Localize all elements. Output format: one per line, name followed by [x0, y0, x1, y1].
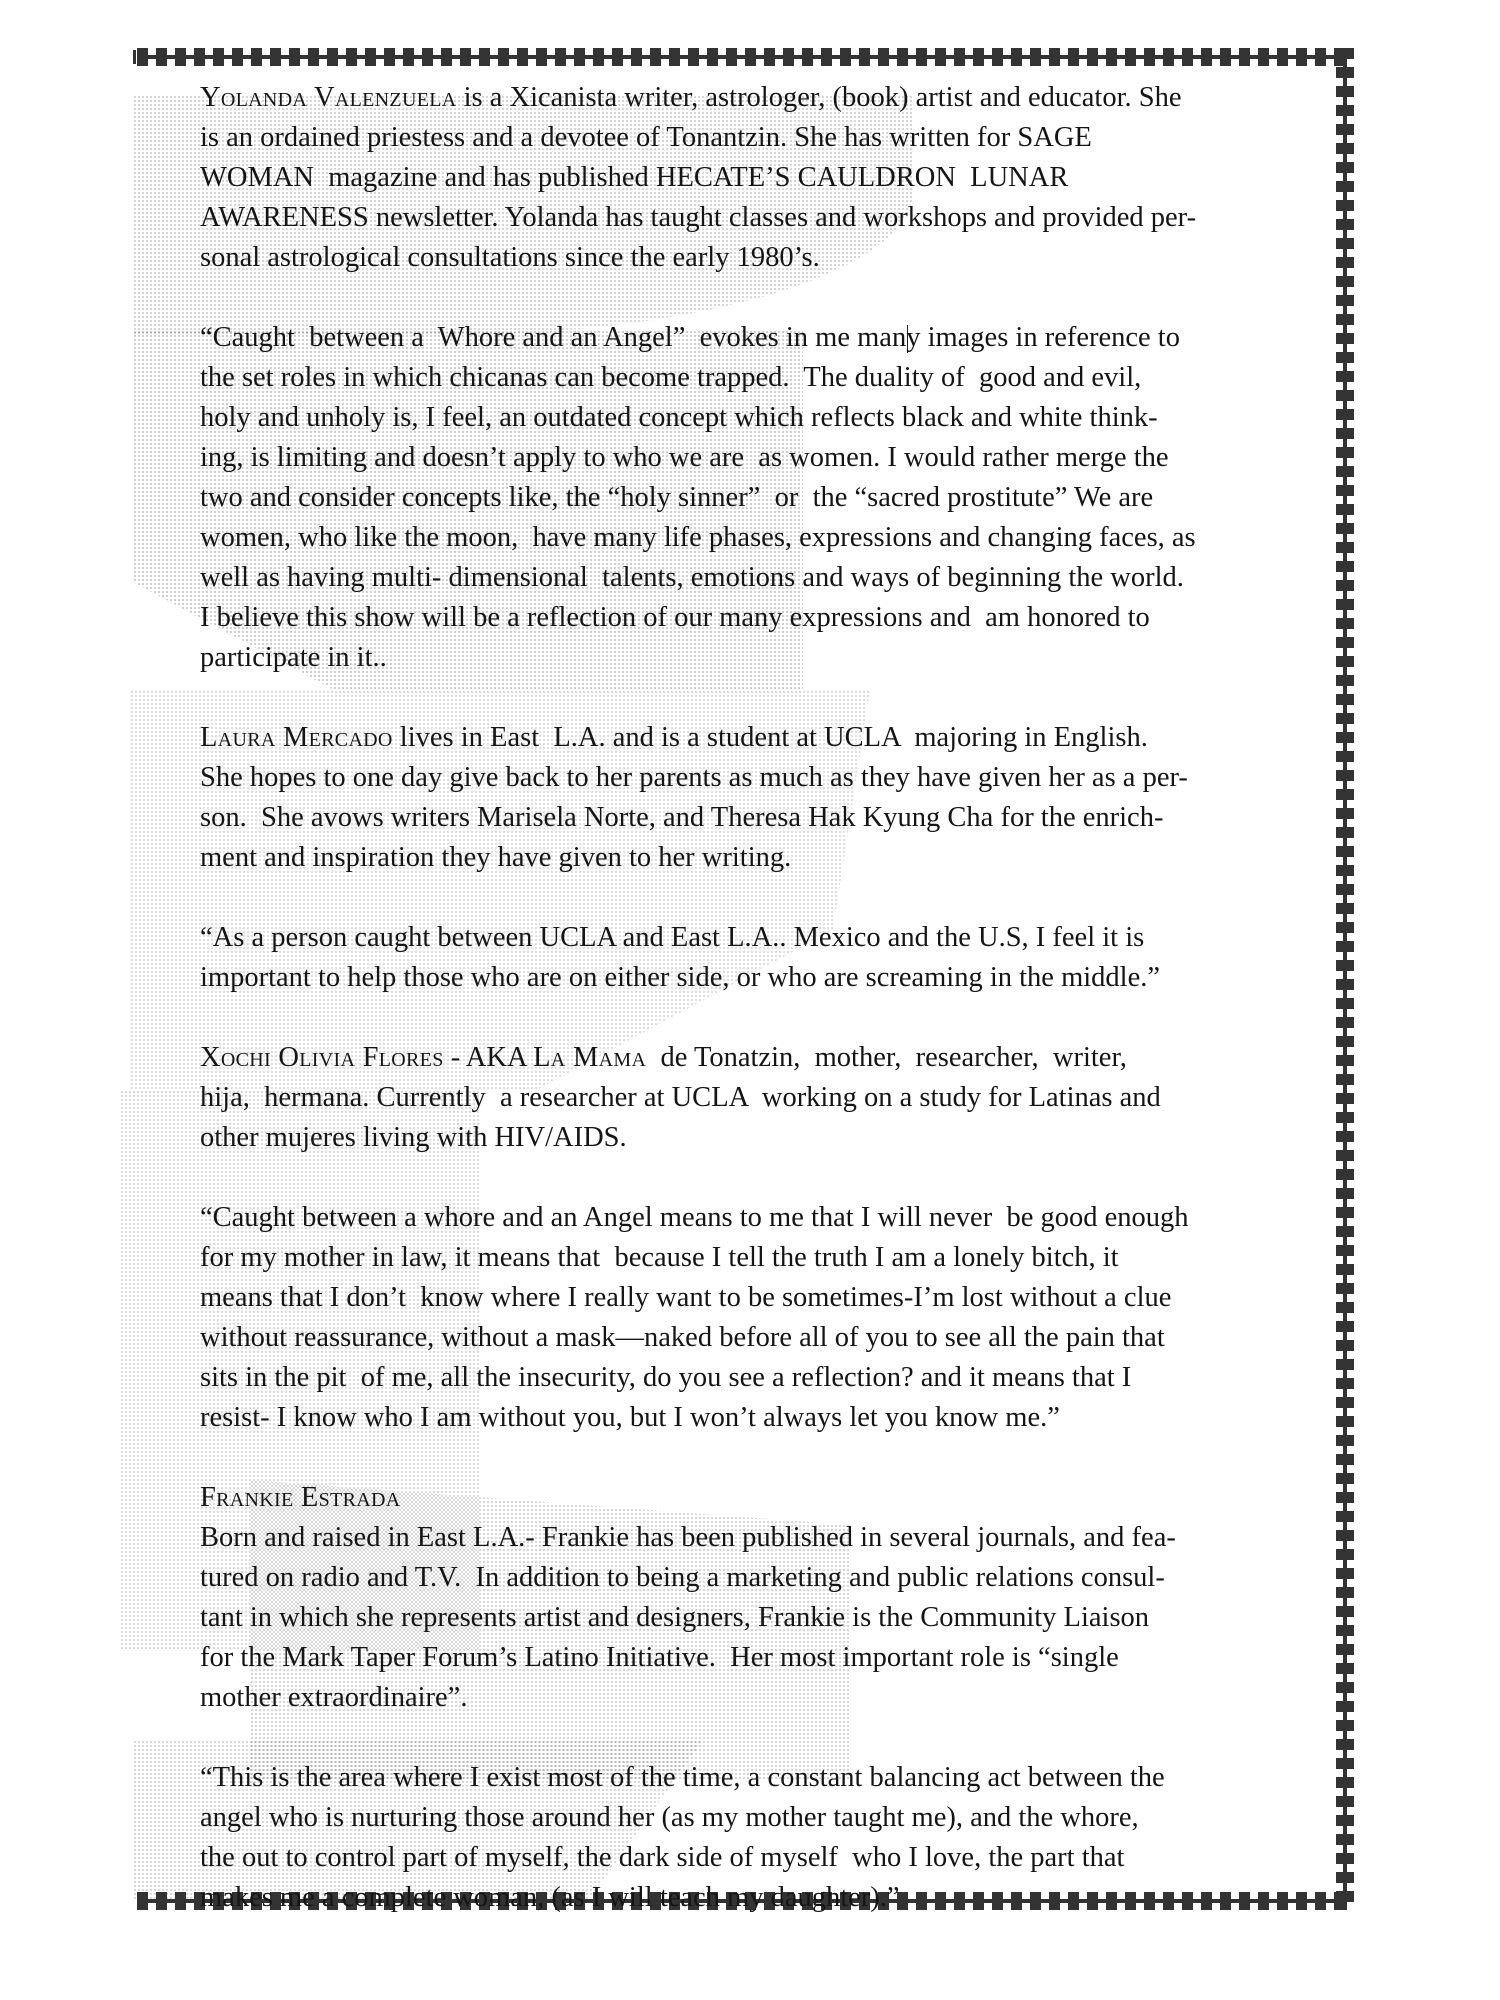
page-content: Yolanda Valenzuela is a Xicanista writer… [200, 78, 1320, 1958]
author-alias: La Mama [533, 1042, 646, 1073]
bio-yolanda-valenzuela: Yolanda Valenzuela is a Xicanista writer… [200, 78, 1320, 278]
quote-frankie-estrada: “This is the area where I exist most of … [200, 1758, 1320, 1918]
bio-laura-mercado: Laura Mercado lives in East L.A. and is … [200, 718, 1320, 878]
bio-xochi-olivia-flores: Xochi Olivia Flores - AKA La Mama de Ton… [200, 1038, 1320, 1158]
decorative-border-top [137, 48, 1345, 66]
bio-frankie-estrada: Frankie Estrada Born and raised in East … [200, 1478, 1320, 1718]
border-corner-mark [133, 50, 136, 64]
author-name: Laura Mercado [200, 722, 393, 753]
quote-xochi-olivia-flores: “Caught between a whore and an Angel mea… [200, 1198, 1320, 1438]
quote-yolanda-valenzuela: “Caught between a Whore and an Angel” ev… [200, 318, 1320, 678]
decorative-border-right [1336, 48, 1354, 1910]
author-name: Yolanda Valenzuela [200, 82, 456, 113]
author-name: Xochi Olivia Flores [200, 1042, 444, 1073]
quote-laura-mercado: “As a person caught between UCLA and Eas… [200, 918, 1320, 998]
author-name: Frankie Estrada [200, 1478, 1320, 1518]
